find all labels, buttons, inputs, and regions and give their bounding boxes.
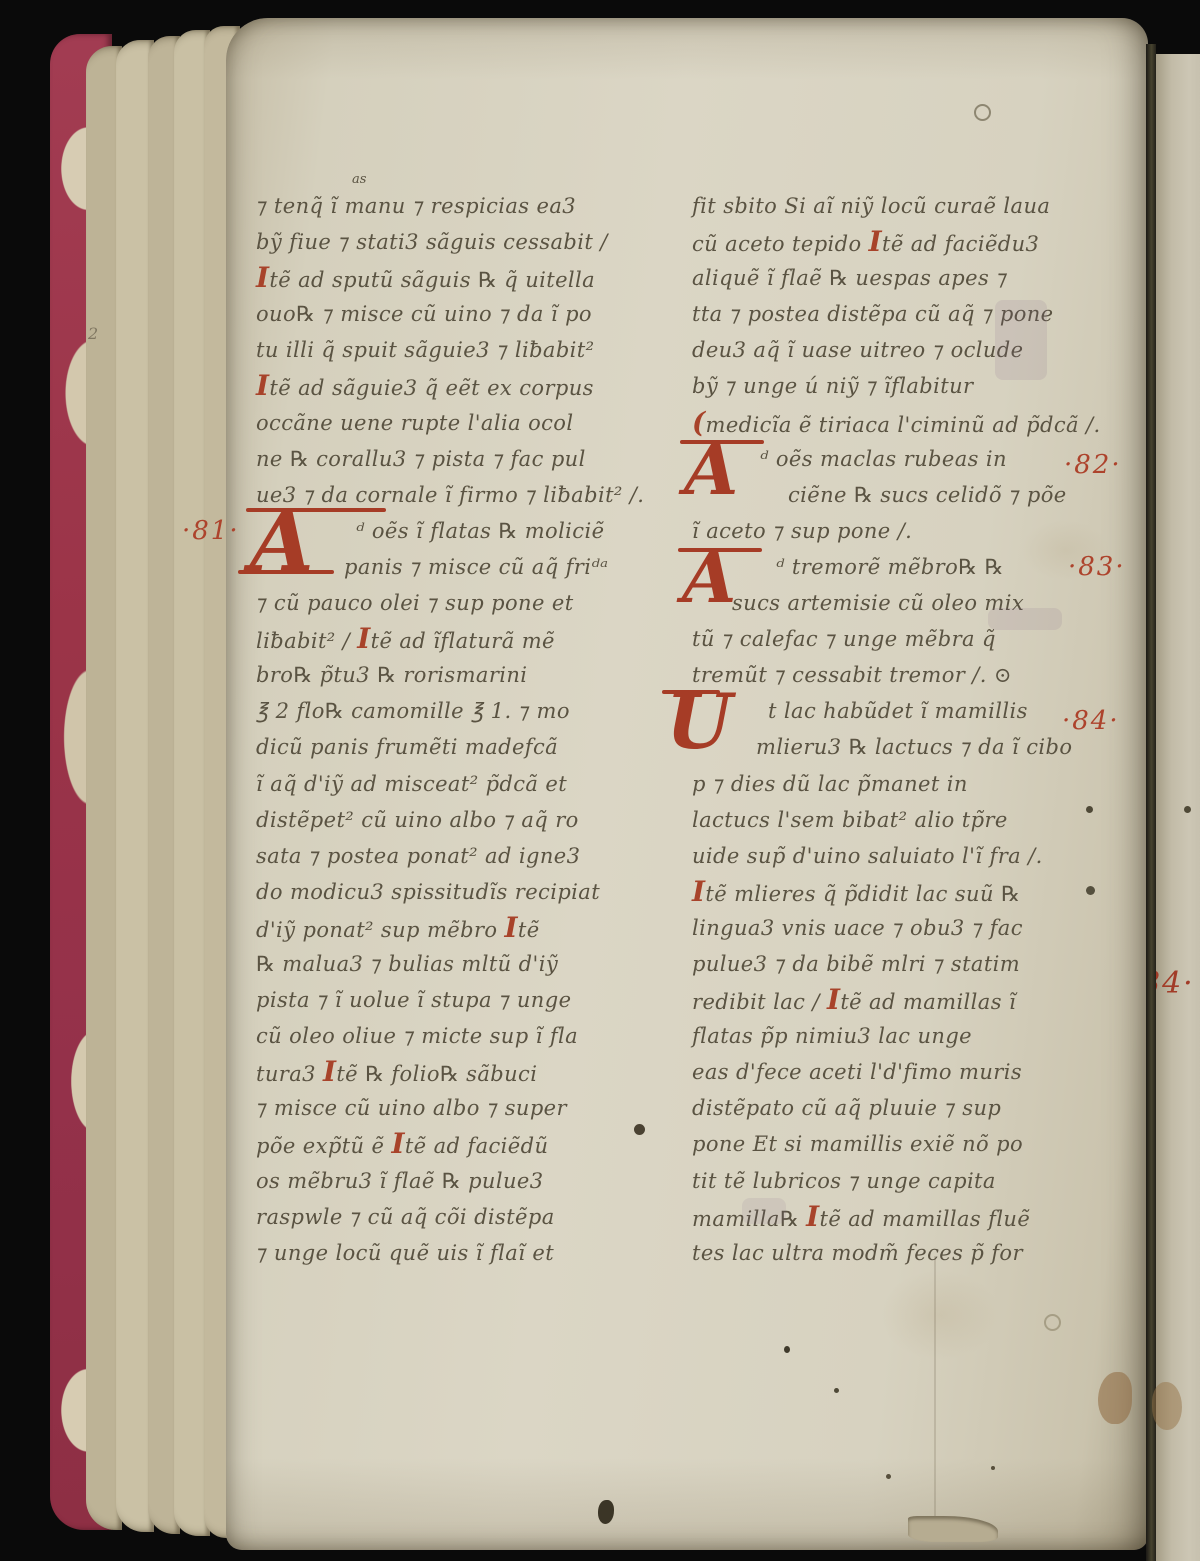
- ink-text: ℥ 2 flo℞ camomille ℥ 1. ⁊ mo: [256, 699, 570, 723]
- manuscript-text-line: sata ⁊ postea ponat² ad igne3: [256, 838, 676, 874]
- text-column-left: ⁊ tenq̃ ĩ manu ⁊ respicias ea3bỹ fiue ⁊ …: [256, 188, 676, 1271]
- ink-text: uide sup̃ d'uino saluiato l'ĩ fra /.: [692, 844, 1043, 868]
- ink-ring-mark: [974, 104, 991, 121]
- manuscript-text-line: Itẽ mlieres q̃ p̃didit lac suũ ℞: [692, 874, 1112, 910]
- initial-flourish-bar: [662, 690, 720, 694]
- ink-text: deu3 aq̃ ĩ uase uitreo ⁊ oclude: [692, 338, 1023, 362]
- ink-text: dicũ panis frumẽti madefcã: [256, 735, 558, 759]
- ink-text: tit tẽ lubricos ⁊ unge capita: [692, 1169, 996, 1193]
- manuscript-text-line: ℥ 2 flo℞ camomille ℥ 1. ⁊ mo: [256, 693, 676, 729]
- rubric-paragraph-mark: I: [256, 261, 269, 294]
- ink-text: ℞ malua3 ⁊ bulias mltũ d'iỹ: [256, 952, 558, 976]
- ink-text: panis ⁊ misce cũ aq̃ friᵈᵃ: [344, 555, 608, 579]
- manuscript-text-line: os mẽbru3 ĩ flaẽ ℞ pulue3: [256, 1163, 676, 1199]
- manuscript-text-line: ⁊ unge locũ quẽ uis ĩ flaĩ et: [256, 1235, 676, 1271]
- book-gutter: [1146, 44, 1156, 1561]
- ink-text: pista ⁊ ĩ uolue ĩ stupa ⁊ unge: [256, 988, 571, 1012]
- ink-text: cũ oleo oliue ⁊ micte sup ĩ fla: [256, 1024, 578, 1048]
- ink-text: p ⁊ dies dũ lac p̃manet in: [692, 772, 968, 796]
- manuscript-text-line: Itẽ ad sãguie3 q̃ eẽt ex corpus: [256, 368, 676, 404]
- ink-text: distẽpato cũ aq̃ pluuie ⁊ sup: [692, 1096, 1001, 1120]
- ink-text: pulue3 ⁊ da bibẽ mlri ⁊ statim: [692, 952, 1020, 976]
- manuscript-text-line: do modicu3 spissitudĩs recipiat: [256, 874, 676, 910]
- manuscript-text-line: tremũt ⁊ cessabit tremor /. ⊙: [692, 657, 1112, 693]
- ink-text: tẽ: [518, 918, 540, 942]
- ink-text: sata ⁊ postea ponat² ad igne3: [256, 844, 580, 868]
- ink-text: medicĩa ẽ tiriaca l'ciminũ ad p̃dcã /.: [706, 413, 1101, 437]
- rubric-paragraph-mark: I: [505, 911, 518, 944]
- ink-speck: [834, 1388, 839, 1393]
- ink-text: tẽ ad mamillas ĩ: [840, 990, 1016, 1014]
- illuminated-initial: A: [682, 546, 736, 609]
- wormhole: [1086, 806, 1093, 813]
- manuscript-text-line: ᵈ oẽs maclas rubeas in: [692, 441, 1112, 477]
- manuscript-text-line: ouo℞ ⁊ misce cũ uino ⁊ da ĩ po: [256, 296, 676, 332]
- manuscript-text-line: pone Et si mamillis exiẽ nõ po: [692, 1126, 1112, 1162]
- manuscript-text-line: flatas p̃p nimiu3 lac unge: [692, 1018, 1112, 1054]
- manuscript-text-line: ĩ aq̃ d'iỹ ad misceat² p̃dcã et: [256, 766, 676, 802]
- ink-text: sucs artemisie cũ oleo mix: [732, 591, 1024, 615]
- ink-text: tu illi q̃ spuit sãguie3 ⁊ liƀabit²: [256, 338, 594, 362]
- manuscript-text-line: eas d'fece aceti l'd'fimo muris: [692, 1054, 1112, 1090]
- ink-text: tẽ ad sãguie3 q̃ eẽt ex corpus: [269, 376, 593, 400]
- manuscript-text-line: aliquẽ ĩ flaẽ ℞ uespas apes ⁊: [692, 260, 1112, 296]
- ink-speck: [991, 1466, 995, 1470]
- margin-chapter-number: ·82·: [1064, 450, 1122, 480]
- manuscript-text-line: raspwle ⁊ cũ aq̃ cõi distẽpa: [256, 1199, 676, 1235]
- ink-text: põe exp̃tũ ẽ: [256, 1134, 391, 1158]
- ink-text: eas d'fece aceti l'd'fimo muris: [692, 1060, 1022, 1084]
- pale-ring-mark: [1044, 1314, 1061, 1331]
- ink-text: mlieru3 ℞ lactucs ⁊ da ĩ cibo: [756, 735, 1072, 759]
- manuscript-text-line: fit sbito Si aĩ niỹ locũ curaẽ laua: [692, 188, 1112, 224]
- rubric-paragraph-mark: I: [806, 1200, 819, 1233]
- ink-text: lingua3 vnis uace ⁊ obu3 ⁊ fac: [692, 916, 1023, 940]
- rubric-paragraph-mark: I: [827, 983, 840, 1016]
- manuscript-text-line: cũ aceto tepido Itẽ ad faciẽdu3: [692, 224, 1112, 260]
- bleed-through-ghost: [995, 300, 1047, 380]
- manuscript-text-line: t lac habũdet ĩ mamillis: [692, 693, 1112, 729]
- manuscript-text-line: bỹ fiue ⁊ stati3 sãguis cessabit /: [256, 224, 676, 260]
- rubric-paragraph-mark: I: [323, 1055, 336, 1088]
- initial-flourish-bar: [680, 440, 764, 444]
- ink-text: tẽ ad sputũ sãguis ℞ q̃ uitella: [269, 268, 595, 292]
- ink-dot: [1086, 886, 1095, 895]
- stain: [1098, 1372, 1132, 1424]
- manuscript-text-line: ⁊ tenq̃ ĩ manu ⁊ respicias ea3: [256, 188, 676, 224]
- ink-text: d'iỹ ponat² sup mẽbro: [256, 918, 505, 942]
- manuscript-text-line: cũ oleo oliue ⁊ micte sup ĩ fla: [256, 1018, 676, 1054]
- manuscript-photo: ⁊ tenq̃ ĩ manu ⁊ respicias ea3bỹ fiue ⁊ …: [0, 0, 1200, 1561]
- ink-text: lactucs l'sem bibat² alio tp̃re: [692, 808, 1008, 832]
- manuscript-text-line: mlieru3 ℞ lactucs ⁊ da ĩ cibo: [692, 729, 1112, 765]
- ink-text: ne ℞ corallu3 ⁊ pista ⁊ fac pul: [256, 447, 586, 471]
- ink-text: distẽpet² cũ uino albo ⁊ aq̃ ro: [256, 808, 579, 832]
- ink-text: ᵈ oẽs maclas rubeas in: [760, 447, 1007, 471]
- ink-text: ⁊ cũ pauco olei ⁊ sup pone et: [256, 591, 574, 615]
- ink-text: pone Et si mamillis exiẽ nõ po: [692, 1132, 1023, 1156]
- ink-speck: [886, 1474, 891, 1479]
- ink-text: tẽ ad mamillas fluẽ: [820, 1207, 1031, 1231]
- ink-text: tremũt ⁊ cessabit tremor /. ⊙: [692, 663, 1012, 687]
- manuscript-text-line: panis ⁊ misce cũ aq̃ friᵈᵃ: [256, 549, 676, 585]
- initial-flourish-bar: [678, 548, 762, 552]
- ink-text: tẽ ad ĩflaturã mẽ: [371, 629, 555, 653]
- ink-text: tẽ mlieres q̃ p̃didit lac suũ ℞: [705, 882, 1020, 906]
- manuscript-text-line: occãne uene rupte l'alia ocol: [256, 405, 676, 441]
- facing-page-edge: [1156, 54, 1200, 1561]
- ink-text: tẽ ad faciẽdũ: [405, 1134, 549, 1158]
- rubric-paragraph-mark: I: [256, 369, 269, 402]
- manuscript-text-line: ⁊ misce cũ uino albo ⁊ super: [256, 1090, 676, 1126]
- manuscript-text-line: Itẽ ad sputũ sãguis ℞ q̃ uitella: [256, 260, 676, 296]
- facing-page-folio-number-text: 84·: [1156, 966, 1195, 1001]
- ink-dot: [634, 1124, 645, 1135]
- faint-stain: [880, 1270, 1000, 1360]
- manuscript-text-line: ℞ malua3 ⁊ bulias mltũ d'iỹ: [256, 946, 676, 982]
- manuscript-text-line: distẽpato cũ aq̃ pluuie ⁊ sup: [692, 1090, 1112, 1126]
- manuscript-text-line: tit tẽ lubricos ⁊ unge capita: [692, 1163, 1112, 1199]
- ink-text: tes lac ultra modm̃ feces p̃ for: [692, 1241, 1023, 1265]
- interline-correction: as: [352, 172, 366, 187]
- illuminated-initial: U: [666, 688, 732, 756]
- manuscript-text-line: tu illi q̃ spuit sãguie3 ⁊ liƀabit²: [256, 332, 676, 368]
- ink-text: ⁊ tenq̃ ĩ manu ⁊ respicias ea3: [256, 194, 576, 218]
- manuscript-text-line: ᵈ oẽs ĩ flatas ℞ moliciẽ: [256, 513, 676, 549]
- ink-text: aliquẽ ĩ flaẽ ℞ uespas apes ⁊: [692, 266, 1007, 290]
- ink-text: liƀabit² /: [256, 629, 357, 653]
- ink-text: ĩ aq̃ d'iỹ ad misceat² p̃dcã et: [256, 772, 567, 796]
- margin-chapter-number: ·81·: [182, 516, 240, 546]
- ink-text: tura3: [256, 1062, 323, 1086]
- manuscript-text-line: pulue3 ⁊ da bibẽ mlri ⁊ statim: [692, 946, 1112, 982]
- manuscript-text-line: liƀabit² / Itẽ ad ĩflaturã mẽ: [256, 621, 676, 657]
- manuscript-text-line: tura3 Itẽ ℞ folio℞ sãbuci: [256, 1054, 676, 1090]
- manuscript-text-line: pista ⁊ ĩ uolue ĩ stupa ⁊ unge: [256, 982, 676, 1018]
- ink-text: ciẽne ℞ sucs celidõ ⁊ põe: [788, 483, 1067, 507]
- manuscript-text-line: bro℞ p̃tu3 ℞ rorismarini: [256, 657, 676, 693]
- bleed-through-ghost: [988, 608, 1062, 630]
- ink-text: fit sbito Si aĩ niỹ locũ curaẽ laua: [692, 194, 1050, 218]
- margin-chapter-number: ·84·: [1062, 706, 1120, 736]
- manuscript-text-line: redibit lac / Itẽ ad mamillas ĩ: [692, 982, 1112, 1018]
- ink-text: ⁊ unge locũ quẽ uis ĩ flaĩ et: [256, 1241, 554, 1265]
- manuscript-text-line: tes lac ultra modm̃ feces p̃ for: [692, 1235, 1112, 1271]
- illuminated-initial: A: [684, 438, 738, 501]
- ink-text: os mẽbru3 ĩ flaẽ ℞ pulue3: [256, 1169, 543, 1193]
- ink-text: bỹ fiue ⁊ stati3 sãguis cessabit /: [256, 230, 608, 254]
- ink-text: bỹ ⁊ unge ú niỹ ⁊ ĩflabitur: [692, 374, 973, 398]
- rubric-paragraph-mark: I: [692, 875, 705, 908]
- manuscript-text-line: ne ℞ corallu3 ⁊ pista ⁊ fac pul: [256, 441, 676, 477]
- rubric-paragraph-mark: I: [357, 622, 370, 655]
- manuscript-text-line: lingua3 vnis uace ⁊ obu3 ⁊ fac: [692, 910, 1112, 946]
- ink-text: do modicu3 spissitudĩs recipiat: [256, 880, 600, 904]
- ink-speck: [784, 1346, 790, 1353]
- ink-text: ᵈ oẽs ĩ flatas ℞ moliciẽ: [356, 519, 604, 543]
- ink-text: ᵈ tremorẽ mẽbro℞ ℞: [776, 555, 1004, 579]
- text-column-right: fit sbito Si aĩ niỹ locũ curaẽ lauacũ ac…: [692, 188, 1112, 1271]
- facing-page-folio-number: 84·: [1156, 966, 1200, 1012]
- ink-text: bro℞ p̃tu3 ℞ rorismarini: [256, 663, 527, 687]
- ink-text: flatas p̃p nimiu3 lac unge: [692, 1024, 972, 1048]
- manuscript-text-line: bỹ ⁊ unge ú niỹ ⁊ ĩflabitur: [692, 368, 1112, 404]
- manuscript-text-line: deu3 aq̃ ĩ uase uitreo ⁊ oclude: [692, 332, 1112, 368]
- manuscript-text-line: p ⁊ dies dũ lac p̃manet in: [692, 766, 1112, 802]
- manuscript-text-line: (medicĩa ẽ tiriaca l'ciminũ ad p̃dcã /.: [692, 405, 1112, 441]
- ink-text: redibit lac /: [692, 990, 827, 1014]
- ink-text: cũ aceto tepido: [692, 232, 869, 256]
- ink-text: tũ ⁊ calefac ⁊ unge mẽbra q̃: [692, 627, 996, 651]
- manuscript-text-line: tta ⁊ postea distẽpa cũ aq̃ ⁊ pone: [692, 296, 1112, 332]
- ink-text: ⁊ misce cũ uino albo ⁊ super: [256, 1096, 567, 1120]
- stain: [1152, 1382, 1182, 1430]
- ink-text: tẽ ℞ folio℞ sãbuci: [336, 1062, 537, 1086]
- wormhole: [1184, 806, 1191, 813]
- ink-text: raspwle ⁊ cũ aq̃ cõi distẽpa: [256, 1205, 555, 1229]
- initial-flourish-bar: [238, 570, 334, 574]
- bleed-through-ghost: [742, 1198, 786, 1224]
- manuscript-text-line: põe exp̃tũ ẽ Itẽ ad faciẽdũ: [256, 1126, 676, 1162]
- initial-flourish-bar: [246, 508, 386, 512]
- manuscript-text-line: lactucs l'sem bibat² alio tp̃re: [692, 802, 1112, 838]
- ink-text: ouo℞ ⁊ misce cũ uino ⁊ da ĩ po: [256, 302, 592, 326]
- manuscript-text-line: distẽpet² cũ uino albo ⁊ aq̃ ro: [256, 802, 676, 838]
- ink-text: occãne uene rupte l'alia ocol: [256, 411, 573, 435]
- ink-text: tẽ ad faciẽdu3: [882, 232, 1039, 256]
- illuminated-initial: A: [250, 506, 314, 580]
- manuscript-text-line: d'iỹ ponat² sup mẽbro Itẽ: [256, 910, 676, 946]
- ink-text: t lac habũdet ĩ mamillis: [768, 699, 1028, 723]
- manuscript-text-line: dicũ panis frumẽti madefcã: [256, 729, 676, 765]
- manuscript-text-line: uide sup̃ d'uino saluiato l'ĩ fra /.: [692, 838, 1112, 874]
- rubric-paragraph-mark: I: [869, 225, 882, 258]
- manuscript-text-line: ciẽne ℞ sucs celidõ ⁊ põe: [692, 477, 1112, 513]
- quire-mark: 2: [88, 324, 98, 343]
- margin-chapter-number: ·83·: [1068, 552, 1126, 582]
- ink-text: ue3 ⁊ da cornale ĩ firmo ⁊ liƀabit² /.: [256, 483, 644, 507]
- rubric-paragraph-mark: I: [391, 1127, 404, 1160]
- manuscript-text-line: ⁊ cũ pauco olei ⁊ sup pone et: [256, 585, 676, 621]
